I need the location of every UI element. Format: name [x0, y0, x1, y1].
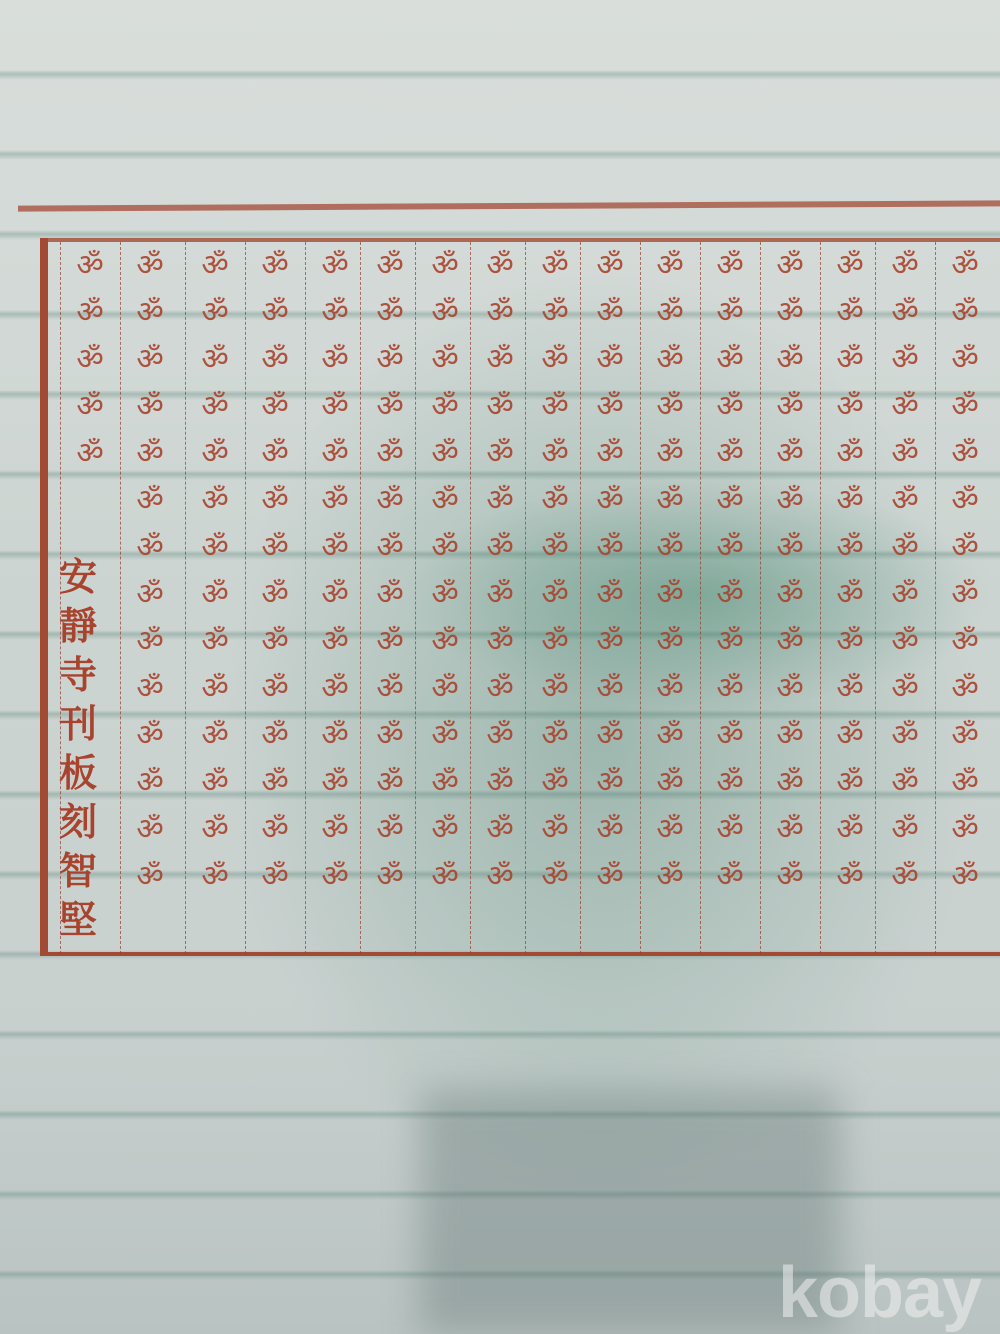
siddham-glyph: ॐ [776, 477, 803, 524]
siddham-glyph: ॐ [261, 430, 288, 477]
siddham-glyph: ॐ [891, 477, 918, 524]
siddham-glyph: ॐ [541, 759, 568, 806]
siddham-glyph: ॐ [776, 336, 803, 383]
siddham-glyph: ॐ [376, 383, 403, 430]
siddham-glyph: ॐ [891, 618, 918, 665]
watermark: kobay [778, 1252, 981, 1334]
siddham-glyph: ॐ [596, 336, 623, 383]
siddham-glyph: ॐ [716, 336, 743, 383]
siddham-glyph: ॐ [76, 242, 103, 289]
siddham-glyph: ॐ [836, 524, 863, 571]
colophon-char: 板 [59, 748, 97, 797]
siddham-glyph: ॐ [836, 665, 863, 712]
text-column: ॐॐॐॐॐॐॐॐॐॐॐॐॐॐ [820, 242, 879, 954]
siddham-glyph: ॐ [951, 618, 978, 665]
siddham-glyph: ॐ [321, 806, 348, 853]
siddham-glyph: ॐ [376, 430, 403, 477]
siddham-glyph: ॐ [136, 524, 163, 571]
siddham-glyph: ॐ [891, 759, 918, 806]
siddham-glyph: ॐ [261, 524, 288, 571]
siddham-glyph: ॐ [201, 242, 228, 289]
text-column: ॐॐॐॐॐॐॐॐॐॐॐॐॐॐ [580, 242, 639, 954]
siddham-glyph: ॐ [261, 618, 288, 665]
siddham-glyph: ॐ [716, 806, 743, 853]
siddham-glyph: ॐ [321, 336, 348, 383]
siddham-glyph: ॐ [261, 853, 288, 900]
siddham-glyph: ॐ [541, 477, 568, 524]
text-column: ॐॐॐॐॐॐॐॐॐॐॐॐॐॐ [415, 242, 474, 954]
siddham-glyph: ॐ [376, 759, 403, 806]
siddham-glyph: ॐ [891, 242, 918, 289]
siddham-glyph: ॐ [656, 477, 683, 524]
siddham-glyph: ॐ [431, 477, 458, 524]
siddham-glyph: ॐ [541, 336, 568, 383]
siddham-glyph: ॐ [261, 806, 288, 853]
siddham-glyph: ॐ [486, 383, 513, 430]
siddham-glyph: ॐ [486, 806, 513, 853]
siddham-glyph: ॐ [261, 712, 288, 759]
siddham-glyph: ॐ [261, 242, 288, 289]
text-column: ॐॐॐॐॐॐॐॐॐॐॐॐॐॐ [935, 242, 994, 954]
siddham-glyph: ॐ [376, 665, 403, 712]
siddham-glyph: ॐ [596, 806, 623, 853]
siddham-glyph: ॐ [891, 336, 918, 383]
siddham-glyph: ॐ [486, 759, 513, 806]
siddham-glyph: ॐ [836, 618, 863, 665]
siddham-glyph: ॐ [136, 618, 163, 665]
siddham-glyph: ॐ [596, 618, 623, 665]
siddham-glyph: ॐ [951, 853, 978, 900]
siddham-glyph: ॐ [321, 289, 348, 336]
siddham-glyph: ॐ [376, 242, 403, 289]
colophon-char: 寺 [59, 650, 97, 699]
siddham-glyph: ॐ [376, 712, 403, 759]
siddham-glyph: ॐ [431, 524, 458, 571]
siddham-glyph: ॐ [716, 712, 743, 759]
siddham-glyph: ॐ [431, 383, 458, 430]
siddham-glyph: ॐ [541, 712, 568, 759]
siddham-glyph: ॐ [656, 618, 683, 665]
siddham-glyph: ॐ [541, 430, 568, 477]
siddham-glyph: ॐ [541, 383, 568, 430]
siddham-glyph: ॐ [776, 383, 803, 430]
siddham-glyph: ॐ [486, 618, 513, 665]
siddham-glyph: ॐ [431, 853, 458, 900]
siddham-glyph: ॐ [776, 618, 803, 665]
siddham-glyph: ॐ [261, 759, 288, 806]
siddham-glyph: ॐ [261, 665, 288, 712]
siddham-glyph: ॐ [431, 336, 458, 383]
siddham-glyph: ॐ [776, 242, 803, 289]
siddham-glyph: ॐ [76, 336, 103, 383]
siddham-glyph: ॐ [321, 524, 348, 571]
siddham-glyph: ॐ [656, 712, 683, 759]
siddham-glyph: ॐ [136, 806, 163, 853]
siddham-glyph: ॐ [541, 524, 568, 571]
siddham-glyph: ॐ [136, 383, 163, 430]
siddham-glyph: ॐ [541, 853, 568, 900]
siddham-glyph: ॐ [891, 665, 918, 712]
siddham-glyph: ॐ [76, 289, 103, 336]
siddham-glyph: ॐ [951, 430, 978, 477]
siddham-glyph: ॐ [596, 430, 623, 477]
siddham-glyph: ॐ [596, 289, 623, 336]
siddham-glyph: ॐ [261, 571, 288, 618]
siddham-glyph: ॐ [716, 571, 743, 618]
siddham-glyph: ॐ [136, 853, 163, 900]
siddham-glyph: ॐ [321, 571, 348, 618]
siddham-glyph: ॐ [656, 665, 683, 712]
siddham-glyph: ॐ [486, 289, 513, 336]
siddham-glyph: ॐ [541, 289, 568, 336]
siddham-glyph: ॐ [541, 618, 568, 665]
siddham-glyph: ॐ [486, 242, 513, 289]
siddham-glyph: ॐ [656, 806, 683, 853]
siddham-glyph: ॐ [321, 618, 348, 665]
siddham-glyph: ॐ [716, 430, 743, 477]
siddham-glyph: ॐ [656, 759, 683, 806]
siddham-glyph: ॐ [836, 336, 863, 383]
siddham-glyph: ॐ [136, 336, 163, 383]
siddham-glyph: ॐ [836, 477, 863, 524]
siddham-glyph: ॐ [716, 383, 743, 430]
siddham-glyph: ॐ [836, 430, 863, 477]
siddham-glyph: ॐ [261, 383, 288, 430]
colophon-char: 安 [59, 552, 97, 601]
siddham-glyph: ॐ [951, 477, 978, 524]
siddham-glyph: ॐ [951, 759, 978, 806]
siddham-glyph: ॐ [261, 477, 288, 524]
siddham-glyph: ॐ [951, 806, 978, 853]
siddham-glyph: ॐ [376, 477, 403, 524]
colophon: 安 靜 寺 刊 板 刻 智 堅 [52, 552, 104, 944]
siddham-glyph: ॐ [836, 571, 863, 618]
siddham-glyph: ॐ [776, 853, 803, 900]
siddham-glyph: ॐ [951, 524, 978, 571]
siddham-glyph: ॐ [431, 430, 458, 477]
colophon-char: 靜 [59, 601, 97, 650]
siddham-glyph: ॐ [716, 289, 743, 336]
siddham-glyph: ॐ [541, 806, 568, 853]
siddham-glyph: ॐ [716, 853, 743, 900]
siddham-glyph: ॐ [951, 383, 978, 430]
siddham-glyph: ॐ [716, 524, 743, 571]
siddham-glyph: ॐ [596, 665, 623, 712]
siddham-glyph: ॐ [321, 477, 348, 524]
siddham-glyph: ॐ [836, 383, 863, 430]
siddham-glyph: ॐ [891, 430, 918, 477]
siddham-glyph: ॐ [486, 853, 513, 900]
siddham-glyph: ॐ [951, 665, 978, 712]
siddham-glyph: ॐ [136, 242, 163, 289]
text-column: ॐॐॐॐॐॐॐॐॐॐॐॐॐॐ [875, 242, 934, 954]
siddham-glyph: ॐ [951, 336, 978, 383]
siddham-glyph: ॐ [201, 430, 228, 477]
siddham-glyph: ॐ [261, 336, 288, 383]
siddham-glyph: ॐ [136, 430, 163, 477]
siddham-glyph: ॐ [201, 289, 228, 336]
siddham-glyph: ॐ [136, 759, 163, 806]
siddham-glyph: ॐ [486, 571, 513, 618]
siddham-glyph: ॐ [321, 242, 348, 289]
siddham-glyph: ॐ [776, 289, 803, 336]
siddham-glyph: ॐ [891, 853, 918, 900]
siddham-glyph: ॐ [486, 712, 513, 759]
text-column: ॐॐॐॐॐॐॐॐॐॐॐॐॐॐ [470, 242, 529, 954]
siddham-glyph: ॐ [321, 853, 348, 900]
siddham-glyph: ॐ [596, 524, 623, 571]
siddham-glyph: ॐ [136, 571, 163, 618]
siddham-glyph: ॐ [376, 853, 403, 900]
siddham-glyph: ॐ [951, 712, 978, 759]
siddham-glyph: ॐ [201, 383, 228, 430]
colophon-char: 刻 [59, 797, 97, 846]
siddham-glyph: ॐ [596, 571, 623, 618]
siddham-glyph: ॐ [596, 759, 623, 806]
siddham-glyph: ॐ [321, 712, 348, 759]
siddham-glyph: ॐ [656, 336, 683, 383]
siddham-glyph: ॐ [541, 242, 568, 289]
siddham-glyph: ॐ [201, 477, 228, 524]
siddham-glyph: ॐ [321, 665, 348, 712]
siddham-glyph: ॐ [136, 665, 163, 712]
siddham-glyph: ॐ [776, 665, 803, 712]
text-column: ॐॐॐॐॐॐॐॐॐॐॐॐॐॐ [245, 242, 304, 954]
siddham-glyph: ॐ [891, 524, 918, 571]
text-column: ॐॐॐॐॐॐॐॐॐॐॐॐॐॐ [525, 242, 584, 954]
siddham-glyph: ॐ [376, 618, 403, 665]
siddham-glyph: ॐ [656, 383, 683, 430]
siddham-glyph: ॐ [136, 289, 163, 336]
text-column: ॐॐॐॐॐॐॐॐॐॐॐॐॐॐ [305, 242, 364, 954]
siddham-glyph: ॐ [951, 289, 978, 336]
siddham-glyph: ॐ [486, 524, 513, 571]
siddham-glyph: ॐ [201, 571, 228, 618]
siddham-glyph: ॐ [376, 289, 403, 336]
siddham-glyph: ॐ [596, 242, 623, 289]
siddham-glyph: ॐ [716, 618, 743, 665]
colophon-char: 刊 [59, 699, 97, 748]
siddham-glyph: ॐ [431, 618, 458, 665]
siddham-glyph: ॐ [836, 242, 863, 289]
siddham-glyph: ॐ [716, 242, 743, 289]
text-column: ॐॐॐॐॐॐॐॐॐॐॐॐॐॐ [760, 242, 819, 954]
text-column: ॐॐॐॐॐॐॐॐॐॐॐॐॐॐ [640, 242, 699, 954]
siddham-glyph: ॐ [486, 336, 513, 383]
siddham-glyph: ॐ [541, 571, 568, 618]
siddham-glyph: ॐ [541, 665, 568, 712]
siddham-glyph: ॐ [431, 242, 458, 289]
siddham-glyph: ॐ [201, 806, 228, 853]
siddham-glyph: ॐ [776, 759, 803, 806]
colophon-char: 智 [59, 846, 97, 895]
siddham-glyph: ॐ [891, 289, 918, 336]
siddham-glyph: ॐ [261, 289, 288, 336]
siddham-glyph: ॐ [321, 759, 348, 806]
siddham-glyph: ॐ [136, 477, 163, 524]
siddham-glyph: ॐ [136, 712, 163, 759]
siddham-glyph: ॐ [891, 571, 918, 618]
siddham-glyph: ॐ [656, 242, 683, 289]
siddham-glyph: ॐ [321, 383, 348, 430]
colophon-char: 堅 [59, 895, 97, 944]
siddham-glyph: ॐ [891, 806, 918, 853]
siddham-glyph: ॐ [656, 853, 683, 900]
siddham-glyph: ॐ [431, 759, 458, 806]
siddham-glyph: ॐ [776, 430, 803, 477]
siddham-glyph: ॐ [431, 665, 458, 712]
text-column: ॐॐॐॐॐॐॐॐॐॐॐॐॐॐ [185, 242, 244, 954]
siddham-glyph: ॐ [836, 759, 863, 806]
siddham-glyph: ॐ [376, 524, 403, 571]
siddham-glyph: ॐ [776, 571, 803, 618]
siddham-glyph: ॐ [716, 477, 743, 524]
siddham-glyph: ॐ [201, 712, 228, 759]
text-column: ॐॐॐॐॐॐॐॐॐॐॐॐॐॐ [360, 242, 419, 954]
siddham-glyph: ॐ [76, 430, 103, 477]
siddham-glyph: ॐ [836, 853, 863, 900]
siddham-glyph: ॐ [486, 665, 513, 712]
siddham-glyph: ॐ [891, 712, 918, 759]
siddham-glyph: ॐ [776, 712, 803, 759]
siddham-glyph: ॐ [656, 524, 683, 571]
siddham-glyph: ॐ [951, 571, 978, 618]
siddham-glyph: ॐ [776, 524, 803, 571]
siddham-glyph: ॐ [656, 430, 683, 477]
siddham-glyph: ॐ [76, 383, 103, 430]
siddham-glyph: ॐ [201, 336, 228, 383]
siddham-glyph: ॐ [201, 524, 228, 571]
siddham-glyph: ॐ [776, 806, 803, 853]
text-column: ॐॐॐॐॐॐॐॐॐॐॐॐॐॐ [120, 242, 179, 954]
siddham-glyph: ॐ [951, 242, 978, 289]
siddham-glyph: ॐ [376, 571, 403, 618]
siddham-glyph: ॐ [201, 853, 228, 900]
siddham-glyph: ॐ [891, 383, 918, 430]
siddham-glyph: ॐ [201, 618, 228, 665]
siddham-glyph: ॐ [431, 712, 458, 759]
siddham-glyph: ॐ [431, 289, 458, 336]
siddham-glyph: ॐ [321, 430, 348, 477]
siddham-glyph: ॐ [656, 289, 683, 336]
bottom-stain [420, 1090, 840, 1334]
siddham-glyph: ॐ [376, 336, 403, 383]
siddham-glyph: ॐ [201, 759, 228, 806]
siddham-glyph: ॐ [596, 853, 623, 900]
siddham-glyph: ॐ [596, 477, 623, 524]
siddham-glyph: ॐ [376, 806, 403, 853]
siddham-glyph: ॐ [431, 806, 458, 853]
siddham-glyph: ॐ [201, 665, 228, 712]
siddham-glyph: ॐ [656, 571, 683, 618]
siddham-glyph: ॐ [431, 571, 458, 618]
siddham-glyph: ॐ [596, 383, 623, 430]
siddham-glyph: ॐ [486, 477, 513, 524]
siddham-glyph: ॐ [836, 806, 863, 853]
siddham-glyph: ॐ [716, 665, 743, 712]
siddham-glyph: ॐ [836, 712, 863, 759]
siddham-glyph: ॐ [836, 289, 863, 336]
siddham-glyph: ॐ [716, 759, 743, 806]
siddham-glyph: ॐ [486, 430, 513, 477]
text-column: ॐॐॐॐॐॐॐॐॐॐॐॐॐॐ [700, 242, 759, 954]
siddham-glyph: ॐ [596, 712, 623, 759]
